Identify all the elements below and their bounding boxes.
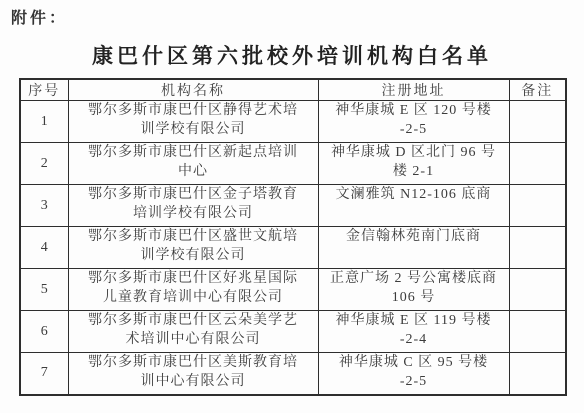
- cell-serial-number: 4: [20, 227, 68, 269]
- table-body: 1 鄂尔多斯市康巴什区静得艺术培 训学校有限公司 神华康城 E 区 120 号楼…: [20, 101, 566, 395]
- table-row: 4 鄂尔多斯市康巴什区盛世文航培 训学校有限公司 金信翰林苑南门底商: [20, 227, 566, 269]
- cell-registered-address: 神华康城 E 区 119 号楼 -2-4: [318, 311, 509, 353]
- table-row: 7 鄂尔多斯市康巴什区美斯教育培 训中心有限公司 神华康城 C 区 95 号楼 …: [20, 353, 566, 395]
- cell-remark: [509, 227, 566, 269]
- cell-serial-number: 1: [20, 101, 68, 143]
- cell-institution-name: 鄂尔多斯市康巴什区云朵美学艺 术培训中心有限公司: [68, 311, 318, 353]
- cell-registered-address: 金信翰林苑南门底商: [318, 227, 509, 269]
- cell-institution-name: 鄂尔多斯市康巴什区美斯教育培 训中心有限公司: [68, 353, 318, 395]
- table-row: 3 鄂尔多斯市康巴什区金子塔教育 培训学校有限公司 文澜雅筑 N12-106 底…: [20, 185, 566, 227]
- header-cell-remark: 备注: [509, 79, 566, 101]
- cell-institution-name: 鄂尔多斯市康巴什区静得艺术培 训学校有限公司: [68, 101, 318, 143]
- cell-institution-name: 鄂尔多斯市康巴什区金子塔教育 培训学校有限公司: [68, 185, 318, 227]
- header-cell-serial: 序号: [20, 79, 68, 101]
- table-row: 1 鄂尔多斯市康巴什区静得艺术培 训学校有限公司 神华康城 E 区 120 号楼…: [20, 101, 566, 143]
- cell-registered-address: 神华康城 C 区 95 号楼 -2-5: [318, 353, 509, 395]
- cell-registered-address: 神华康城 E 区 120 号楼 -2-5: [318, 101, 509, 143]
- header-cell-name: 机构名称: [68, 79, 318, 101]
- cell-remark: [509, 353, 566, 395]
- table-row: 5 鄂尔多斯市康巴什区好兆星国际 儿童教育培训中心有限公司 正意广场 2 号公寓…: [20, 269, 566, 311]
- cell-remark: [509, 143, 566, 185]
- cell-serial-number: 5: [20, 269, 68, 311]
- table-header-row: 序号 机构名称 注册地址 备注: [20, 79, 566, 101]
- cell-institution-name: 鄂尔多斯市康巴什区新起点培训 中心: [68, 143, 318, 185]
- cell-remark: [509, 311, 566, 353]
- header-cell-address: 注册地址: [318, 79, 509, 101]
- cell-remark: [509, 269, 566, 311]
- cell-remark: [509, 185, 566, 227]
- cell-registered-address: 神华康城 D 区北门 96 号 楼 2-1: [318, 143, 509, 185]
- table-row: 2 鄂尔多斯市康巴什区新起点培训 中心 神华康城 D 区北门 96 号 楼 2-…: [20, 143, 566, 185]
- cell-serial-number: 3: [20, 185, 68, 227]
- cell-registered-address: 正意广场 2 号公寓楼底商 106 号: [318, 269, 509, 311]
- cell-serial-number: 2: [20, 143, 68, 185]
- cell-serial-number: 6: [20, 311, 68, 353]
- cell-serial-number: 7: [20, 353, 68, 395]
- document-title: 康巴什区第六批校外培训机构白名单: [0, 40, 584, 70]
- table-row: 6 鄂尔多斯市康巴什区云朵美学艺 术培训中心有限公司 神华康城 E 区 119 …: [20, 311, 566, 353]
- document-page: 附件： 康巴什区第六批校外培训机构白名单 序号 机构名称 注册地址 备注 1 鄂…: [0, 0, 584, 413]
- cell-institution-name: 鄂尔多斯市康巴什区好兆星国际 儿童教育培训中心有限公司: [68, 269, 318, 311]
- attachment-label: 附件：: [11, 5, 68, 28]
- cell-registered-address: 文澜雅筑 N12-106 底商: [318, 185, 509, 227]
- whitelist-table: 序号 机构名称 注册地址 备注 1 鄂尔多斯市康巴什区静得艺术培 训学校有限公司…: [19, 78, 567, 396]
- cell-institution-name: 鄂尔多斯市康巴什区盛世文航培 训学校有限公司: [68, 227, 318, 269]
- cell-remark: [509, 101, 566, 143]
